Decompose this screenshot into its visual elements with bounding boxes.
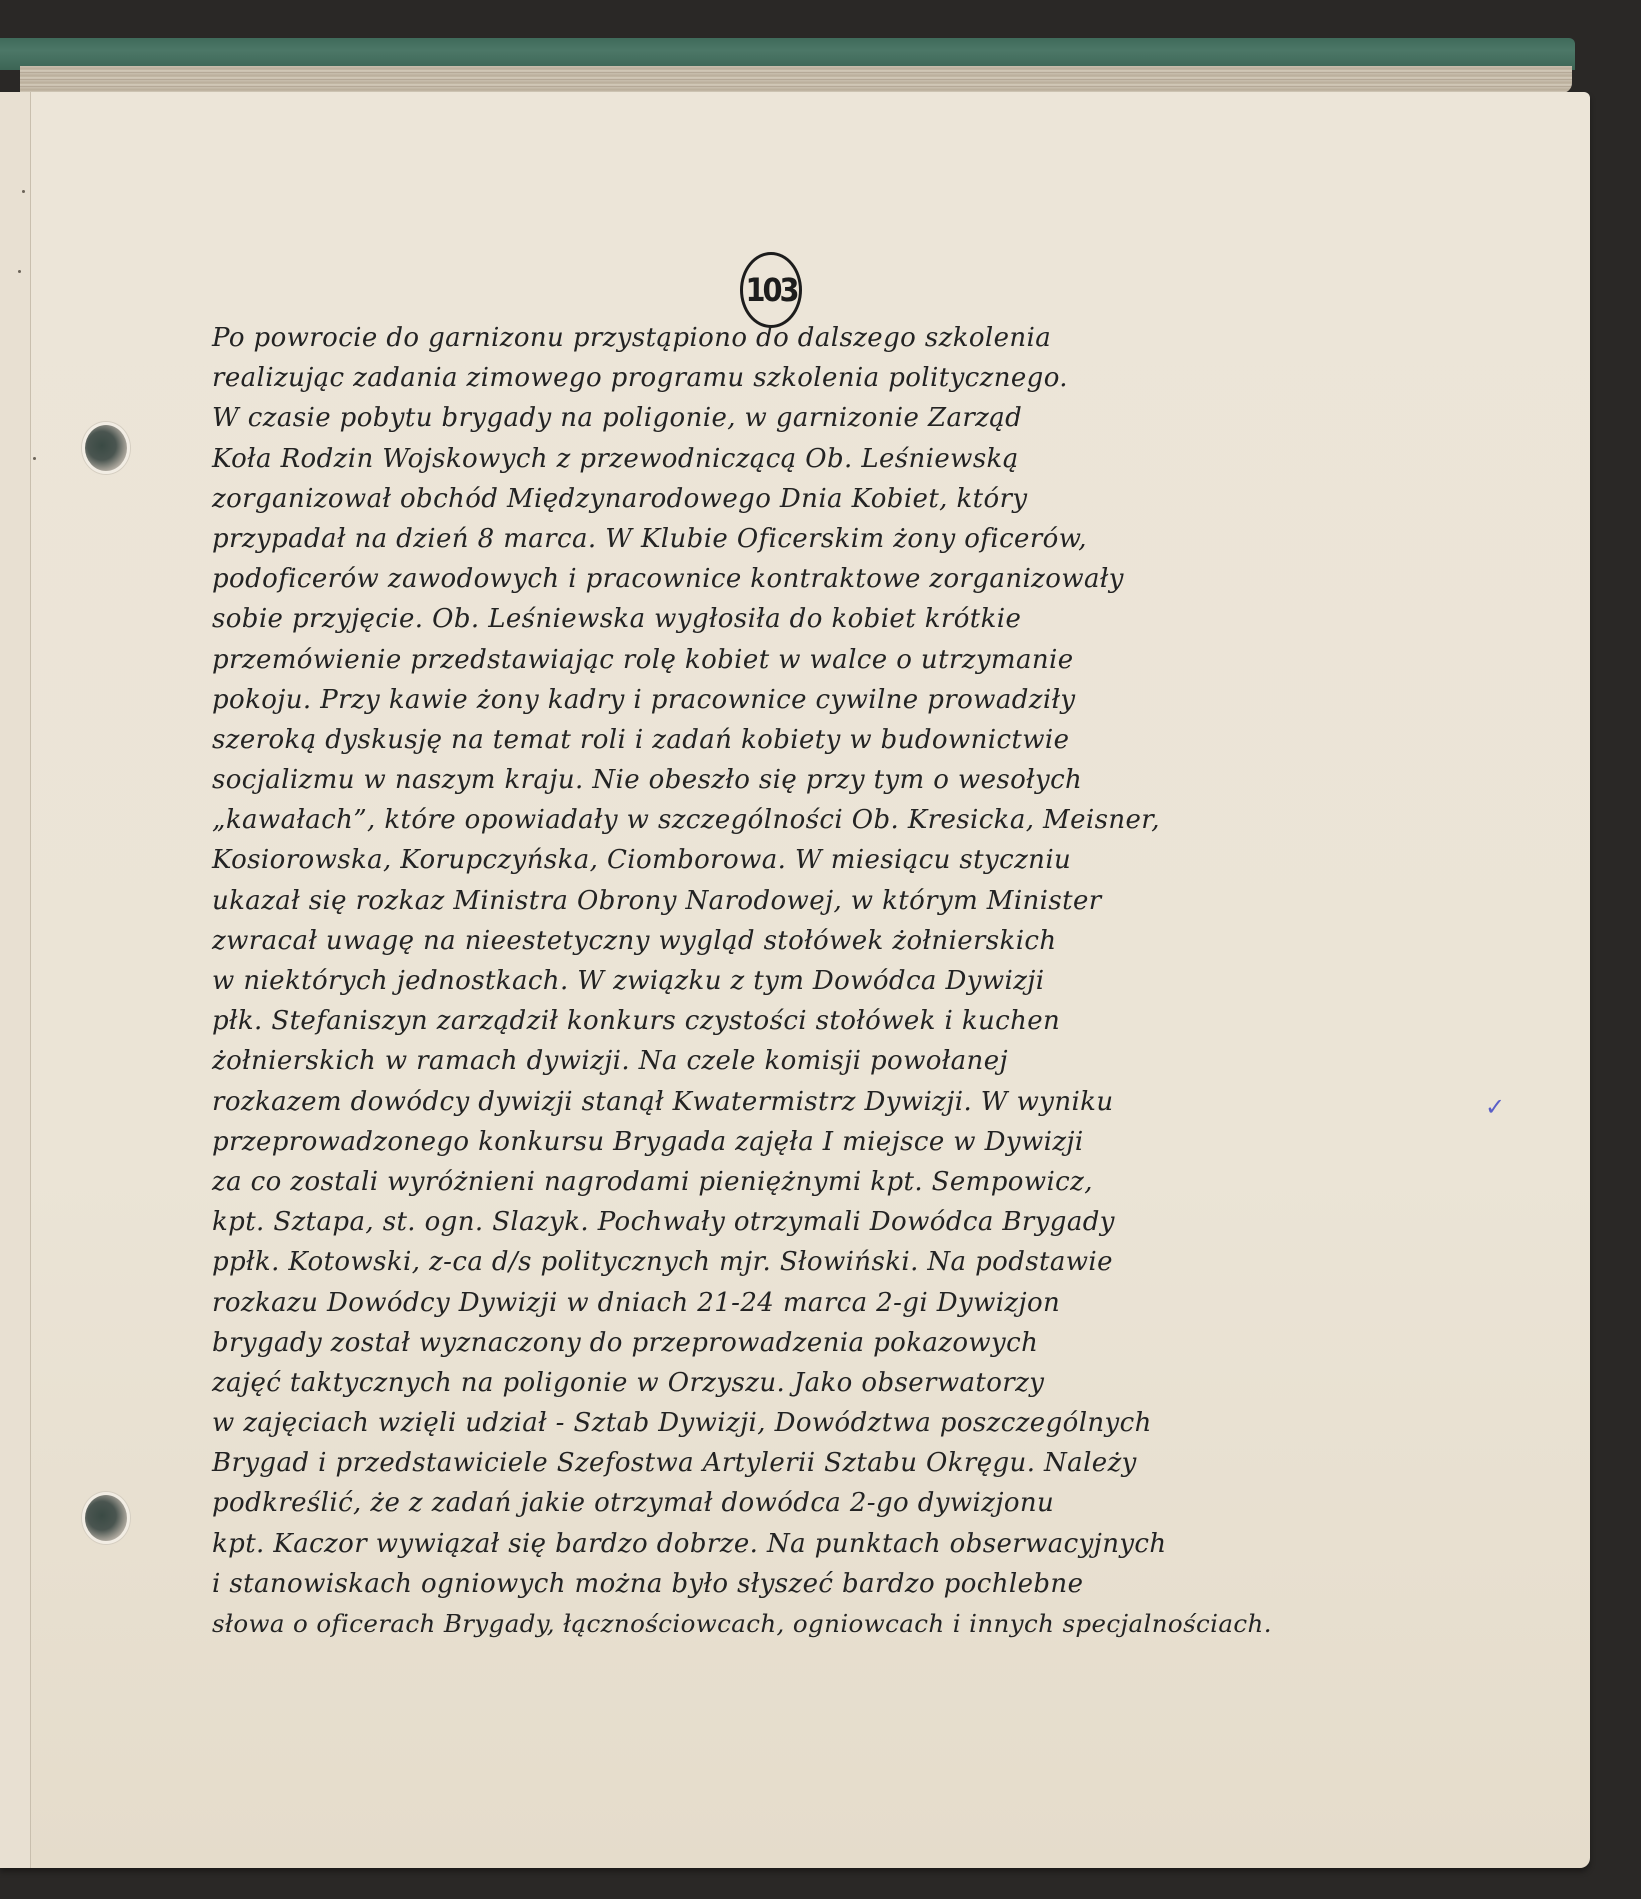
text-line: realizując zadania zimowego programu szk… — [212, 358, 1512, 398]
text-line: przeprowadzonego konkursu Brygada zajęła… — [212, 1122, 1512, 1162]
text-line: żołnierskich w ramach dywizji. Na czele … — [212, 1041, 1512, 1081]
text-line: szeroką dyskusję na temat roli i zadań k… — [212, 720, 1512, 760]
text-line: Koła Rodzin Wojskowych z przewodniczącą … — [212, 439, 1512, 479]
page-number: 103 — [745, 271, 796, 309]
text-line: kpt. Kaczor wywiązał się bardzo dobrze. … — [212, 1524, 1512, 1564]
punch-hole-icon — [82, 422, 130, 474]
text-line: podoficerów zawodowych i pracownice kont… — [212, 559, 1512, 599]
text-line: rozkazem dowódcy dywizji stanął Kwatermi… — [212, 1082, 1512, 1122]
text-line: W czasie pobytu brygady na poligonie, w … — [212, 398, 1512, 438]
page-stack-edge — [20, 66, 1572, 93]
text-line: sobie przyjęcie. Ob. Leśniewska wygłosił… — [212, 599, 1512, 639]
paper-speck — [22, 190, 25, 193]
text-line: Brygad i przedstawiciele Szefostwa Artyl… — [212, 1443, 1512, 1483]
text-line: zajęć taktycznych na poligonie w Orzyszu… — [212, 1363, 1512, 1403]
handwritten-text-body: Po powrocie do garnizonu przystąpiono do… — [212, 318, 1512, 1644]
text-line: przypadał na dzień 8 marca. W Klubie Ofi… — [212, 519, 1512, 559]
text-line: Kosiorowska, Korupczyńska, Ciomborowa. W… — [212, 840, 1512, 880]
text-line: zorganizował obchód Międzynarodowego Dni… — [212, 479, 1512, 519]
text-line: rozkazu Dowódcy Dywizji w dniach 21-24 m… — [212, 1283, 1512, 1323]
text-line: w niektórych jednostkach. W związku z ty… — [212, 961, 1512, 1001]
punch-hole-icon — [82, 1492, 130, 1544]
text-line: pokoju. Przy kawie żony kadry i pracowni… — [212, 680, 1512, 720]
text-line: płk. Stefaniszyn zarządził konkurs czyst… — [212, 1001, 1512, 1041]
text-line: „kawałach”, które opowiadały w szczególn… — [212, 800, 1512, 840]
text-line: ukazał się rozkaz Ministra Obrony Narodo… — [212, 881, 1512, 921]
text-line: i stanowiskach ogniowych można było słys… — [212, 1564, 1512, 1604]
text-line: kpt. Sztapa, st. ogn. Slazyk. Pochwały o… — [212, 1202, 1512, 1242]
text-line: zwracał uwagę na nieestetyczny wygląd st… — [212, 921, 1512, 961]
text-line: słowa o oficerach Brygady, łącznościowca… — [212, 1604, 1512, 1644]
paper-speck — [33, 457, 36, 460]
text-line: w zajęciach wzięli udział - Sztab Dywizj… — [212, 1403, 1512, 1443]
check-mark-icon: ✓ — [1485, 1093, 1505, 1121]
text-line: Po powrocie do garnizonu przystąpiono do… — [212, 318, 1512, 358]
text-line: socjalizmu w naszym kraju. Nie obeszło s… — [212, 760, 1512, 800]
text-line: brygady został wyznaczony do przeprowadz… — [212, 1323, 1512, 1363]
text-line: za co zostali wyróżnieni nagrodami pieni… — [212, 1162, 1512, 1202]
page-fold-line — [30, 92, 31, 1868]
text-line: podkreślić, że z zadań jakie otrzymał do… — [212, 1483, 1512, 1523]
text-line: ppłk. Kotowski, z-ca d/s politycznych mj… — [212, 1242, 1512, 1282]
page-number-stamp: 103 — [740, 252, 802, 328]
previous-page-edge — [0, 92, 30, 1868]
text-line: przemówienie przedstawiając rolę kobiet … — [212, 640, 1512, 680]
paper-speck — [18, 270, 21, 273]
